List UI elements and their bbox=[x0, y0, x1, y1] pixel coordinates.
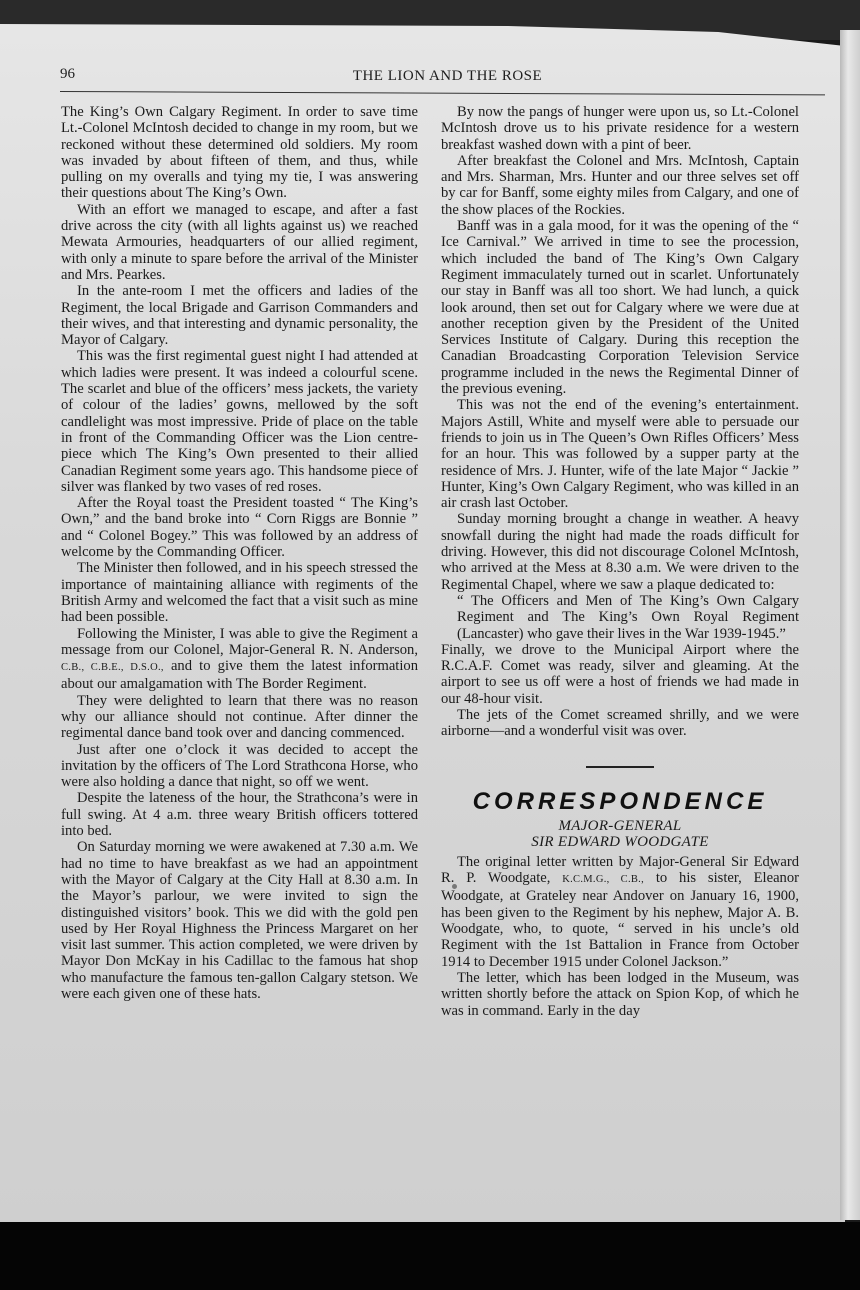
right-column: By now the pangs of hunger were upon us,… bbox=[441, 104, 799, 1019]
paragraph: Finally, we drove to the Municipal Airpo… bbox=[441, 642, 799, 707]
paragraph: With an effort we managed to escape, and… bbox=[61, 202, 418, 283]
running-title: THE LION AND THE ROSE bbox=[60, 68, 835, 85]
article-subhead: MAJOR-GENERAL SIR EDWARD WOODGATE bbox=[441, 818, 799, 850]
page-header: 96 THE LION AND THE ROSE bbox=[60, 64, 835, 92]
print-speck bbox=[452, 884, 457, 889]
subhead-line: SIR EDWARD WOODGATE bbox=[441, 834, 799, 850]
paragraph: The jets of the Comet screamed shrilly, … bbox=[441, 707, 799, 740]
paragraph: The letter, which has been lodged in the… bbox=[441, 970, 799, 1019]
text-run: Following the Minister, I was able to gi… bbox=[61, 626, 418, 658]
paragraph: The original letter written by Major-Gen… bbox=[441, 854, 799, 970]
section-divider bbox=[586, 766, 654, 768]
paragraph: This was not the end of the evening’s en… bbox=[441, 397, 799, 511]
subhead-line: MAJOR-GENERAL bbox=[441, 818, 799, 834]
paragraph: On Saturday morning we were awakened at … bbox=[61, 839, 418, 1002]
paragraph: Just after one o’clock it was decided to… bbox=[61, 742, 418, 791]
print-speck bbox=[769, 866, 772, 869]
paragraph: After breakfast the Colonel and Mrs. McI… bbox=[441, 153, 799, 218]
paragraph: The Minister then followed, and in his s… bbox=[61, 560, 418, 625]
paragraph: They were delighted to learn that there … bbox=[61, 693, 418, 742]
left-column: The King’s Own Calgary Regiment. In orde… bbox=[61, 104, 418, 1002]
paragraph: In the ante-room I met the officers and … bbox=[61, 283, 418, 348]
correspondence-body: The original letter written by Major-Gen… bbox=[441, 854, 799, 1019]
paragraph: Banff was in a gala mood, for it was the… bbox=[441, 218, 799, 397]
paragraph: Sunday morning brought a change in weath… bbox=[441, 511, 799, 592]
paragraph: The King’s Own Calgary Regiment. In orde… bbox=[61, 104, 418, 202]
page-edge bbox=[840, 30, 860, 1220]
paragraph: After the Royal toast the President toas… bbox=[61, 495, 418, 560]
paragraph: Despite the lateness of the hour, the St… bbox=[61, 790, 418, 839]
paragraph: Following the Minister, I was able to gi… bbox=[61, 626, 418, 693]
scan-background-bottom bbox=[0, 1222, 860, 1290]
section-title-correspondence: CORRESPONDENCE bbox=[441, 794, 799, 810]
paragraph: By now the pangs of hunger were upon us,… bbox=[441, 104, 799, 153]
honours-smallcaps: C.B., C.B.E., D.S.O., bbox=[61, 662, 164, 673]
plaque-quote: “ The Officers and Men of The King’s Own… bbox=[441, 593, 799, 642]
paragraph: This was the first regimental guest nigh… bbox=[61, 348, 418, 495]
honours-smallcaps: K.C.M.G., C.B., bbox=[562, 874, 644, 885]
